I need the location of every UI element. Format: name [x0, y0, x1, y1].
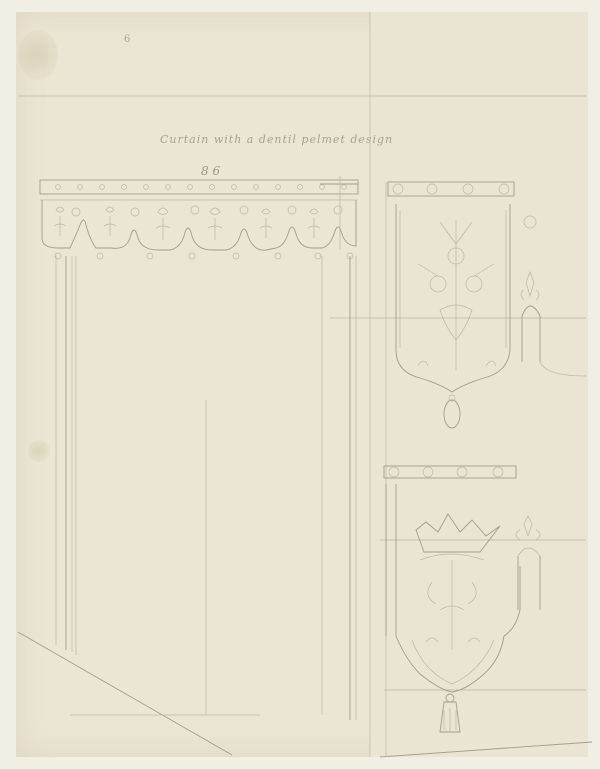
- corner-fold-line: [18, 632, 232, 755]
- pencil-drawing: [0, 0, 600, 769]
- lower-edge-curve: [380, 742, 592, 757]
- lower-ornamental-panel: [384, 466, 586, 732]
- pelmet: [40, 176, 358, 259]
- left-pilaster-lines: [56, 256, 76, 655]
- upper-ornamental-panel: [386, 182, 586, 757]
- right-pilaster-lines: [322, 256, 356, 720]
